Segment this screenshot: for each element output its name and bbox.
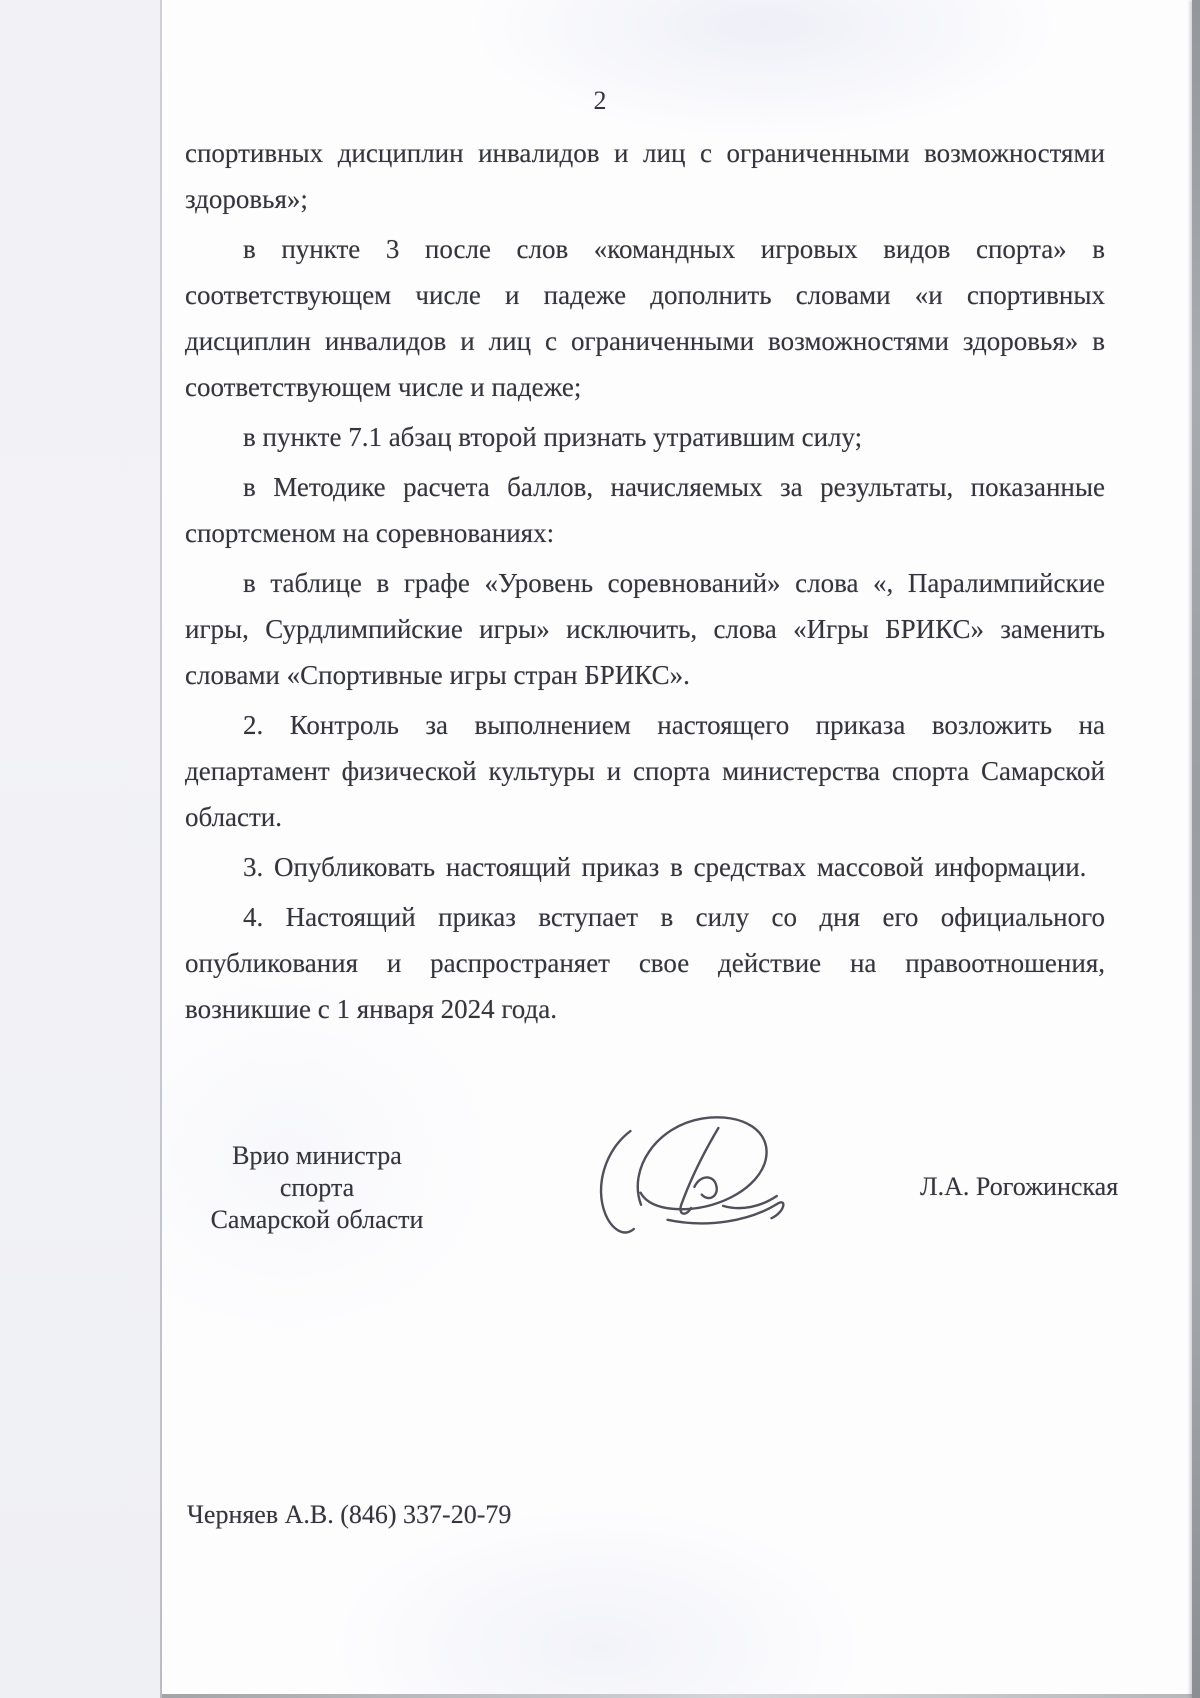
text-line: департамент физической культуры и спорта… [185, 748, 1105, 794]
paragraph: в таблице в графе «Уровень соревнований»… [185, 560, 1105, 698]
text-line: дисциплин инвалидов и лиц с ограниченным… [185, 318, 1105, 364]
text-line: соответствующем числе и падеже дополнить… [185, 272, 1105, 318]
signatory-name: Л.А. Рогожинская [920, 1172, 1140, 1202]
text-line: в Методике расчета баллов, начисляемых з… [185, 464, 1105, 510]
text-line: возникшие с 1 января 2024 года. [185, 986, 1105, 1032]
text-line: 3. Опубликовать настоящий приказ в средс… [185, 844, 1105, 890]
page-number: 2 [575, 86, 625, 116]
paragraph: в пункте 7.1 абзац второй признать утрат… [185, 414, 1105, 460]
paragraph: 4. Настоящий приказ вступает в силу со д… [185, 894, 1105, 1032]
scan-bottom-edge-shadow [162, 1694, 1192, 1698]
text-line: игры, Сурдлимпийские игры» исключить, сл… [185, 606, 1105, 652]
text-line: в таблице в графе «Уровень соревнований»… [185, 560, 1105, 606]
text-line: словами «Спортивные игры стран БРИКС». [185, 652, 1105, 698]
paragraph: спортивных дисциплин инвалидов и лиц с о… [185, 130, 1105, 222]
text-line: в пункте 7.1 абзац второй признать утрат… [185, 414, 1105, 460]
text-line: соответствующем числе и падеже; [185, 364, 1105, 410]
scan-right-edge-shadow [1192, 0, 1200, 1698]
paragraph: 3. Опубликовать настоящий приказ в средс… [185, 844, 1105, 890]
signatory-position-line1: Врио министра спорта [197, 1140, 437, 1204]
document-body: спортивных дисциплин инвалидов и лиц с о… [185, 130, 1105, 1032]
paragraph: в пункте 3 после слов «командных игровых… [185, 226, 1105, 410]
text-line: спортивных дисциплин инвалидов и лиц с о… [185, 130, 1105, 176]
scanned-page: 2 спортивных дисциплин инвалидов и лиц с… [0, 0, 1200, 1698]
signatory-position-line2: Самарской области [197, 1204, 437, 1236]
text-line: спортсменом на соревнованиях: [185, 510, 1105, 556]
executor-contact: Черняев А.В. (846) 337-20-79 [187, 1500, 687, 1530]
text-line: 4. Настоящий приказ вступает в силу со д… [185, 894, 1105, 940]
text-line: в пункте 3 после слов «командных игровых… [185, 226, 1105, 272]
text-line: 2. Контроль за выполнением настоящего пр… [185, 702, 1105, 748]
text-line: здоровья»; [185, 176, 1105, 222]
paragraph: в Методике расчета баллов, начисляемых з… [185, 464, 1105, 556]
text-line: опубликования и распространяет свое дейс… [185, 940, 1105, 986]
handwritten-signature-icon [567, 1091, 812, 1259]
text-line: области. [185, 794, 1105, 840]
signatory-position: Врио министра спорта Самарской области [197, 1140, 437, 1236]
scan-left-margin [0, 0, 160, 1698]
paragraph: 2. Контроль за выполнением настоящего пр… [185, 702, 1105, 840]
